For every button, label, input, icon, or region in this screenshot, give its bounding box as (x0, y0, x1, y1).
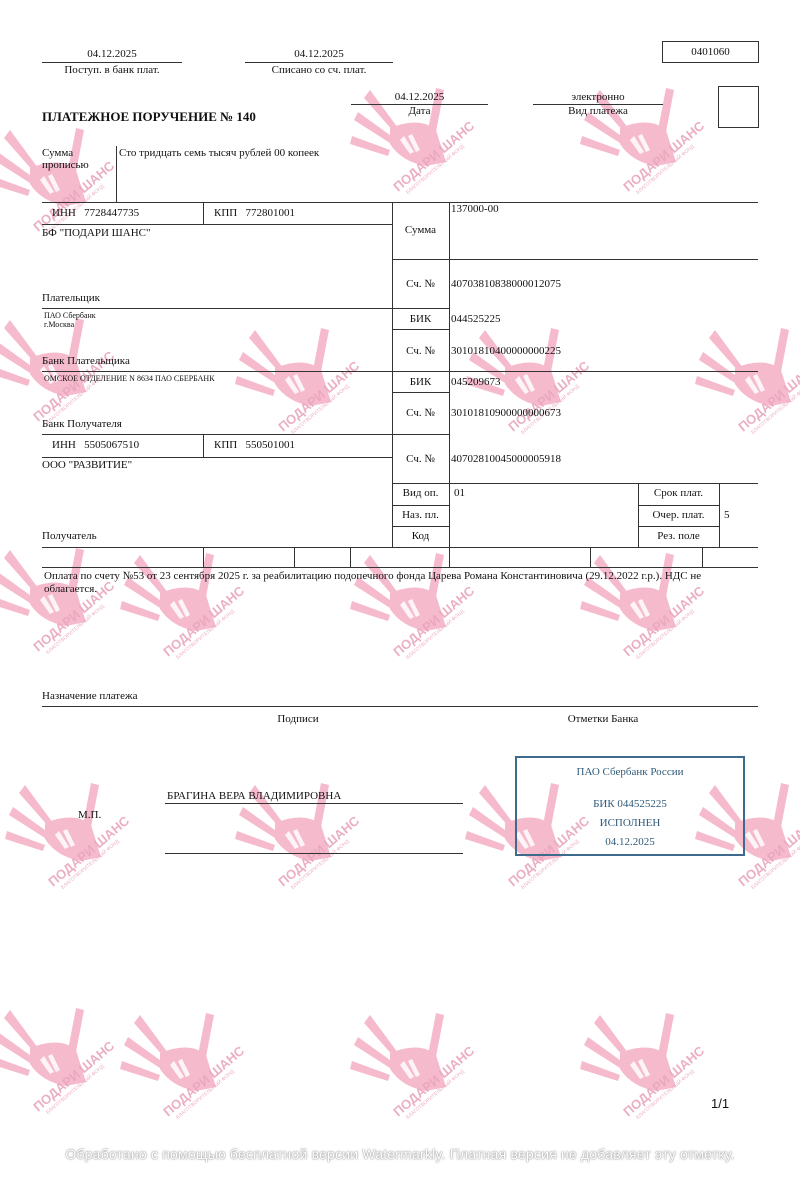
order-date-label: Дата (351, 105, 488, 117)
payer-bank-name-line2: г.Москва (44, 320, 96, 329)
watermark-notice: Обработано с помощью бесплатной версии W… (0, 1146, 800, 1162)
divider (638, 505, 719, 506)
stamp-bank: ПАО Сбербанк России (517, 766, 743, 778)
hands-icon: ПОДАРИ ШАНСБЛАГОТВОРИТЕЛЬНЫЙ ФОНД (580, 545, 710, 665)
payer-kpp-value: 772801001 (245, 207, 295, 219)
divider (42, 224, 392, 225)
amount-words-label-line2: прописью (42, 159, 89, 171)
divider (203, 434, 204, 457)
svg-text:БЛАГОТВОРИТЕЛЬНЫЙ ФОНД: БЛАГОТВОРИТЕЛЬНЫЙ ФОНД (634, 1067, 696, 1121)
hands-icon: ПОДАРИ ШАНСБЛАГОТВОРИТЕЛЬНЫЙ ФОНД (0, 1000, 120, 1120)
payer-bank-account-label: Сч. № (392, 345, 449, 357)
debited-date: 04.12.2025 (245, 48, 393, 60)
op-type-label: Вид оп. (392, 487, 449, 499)
amount-words-label-line1: Сумма (42, 147, 89, 159)
due-label: Срок плат. (638, 487, 719, 499)
divider (590, 547, 591, 567)
svg-text:ПОДАРИ ШАНС: ПОДАРИ ШАНС (160, 1043, 247, 1120)
svg-text:ПОДАРИ ШАНС: ПОДАРИ ШАНС (275, 813, 362, 890)
payee-account-label: Сч. № (392, 453, 449, 465)
divider (42, 434, 449, 435)
svg-text:БЛАГОТВОРИТЕЛЬНЫЙ ФОНД: БЛАГОТВОРИТЕЛЬНЫЙ ФОНД (404, 607, 466, 661)
bank-marks-label: Отметки Банка (543, 713, 663, 725)
payee-kpp-value: 550501001 (245, 439, 295, 451)
payee-bank-label: Банк Получателя (42, 418, 122, 430)
signature-line (165, 853, 463, 854)
svg-text:ПОДАРИ ШАНС: ПОДАРИ ШАНС (620, 118, 707, 195)
purpose-label: Назначение платежа (42, 690, 137, 702)
svg-text:БЛАГОТВОРИТЕЛЬНЫЙ ФОНД: БЛАГОТВОРИТЕЛЬНЫЙ ФОНД (404, 1067, 466, 1121)
svg-text:ПОДАРИ ШАНС: ПОДАРИ ШАНС (735, 358, 800, 435)
order-date: 04.12.2025 (351, 91, 488, 103)
payer-inn: ИНН 7728447735 (52, 207, 139, 219)
svg-text:БЛАГОТВОРИТЕЛЬНЫЙ ФОНД: БЛАГОТВОРИТЕЛЬНЫЙ ФОНД (174, 1067, 236, 1121)
divider (42, 308, 449, 309)
payee-bank-bik-label: БИК (392, 376, 449, 388)
amount-words-value: Сто тридцать семь тысяч рублей 00 копеек (119, 147, 319, 159)
svg-text:БЛАГОТВОРИТЕЛЬНЫЙ ФОНД: БЛАГОТВОРИТЕЛЬНЫЙ ФОНД (59, 837, 121, 891)
stamp-date: 04.12.2025 (517, 836, 743, 848)
payee-name: ООО "РАЗВИТИЕ" (42, 459, 132, 471)
divider (42, 457, 392, 458)
hands-icon: ПОДАРИ ШАНСБЛАГОТВОРИТЕЛЬНЫЙ ФОНД (695, 320, 800, 440)
svg-text:БЛАГОТВОРИТЕЛЬНЫЙ ФОНД: БЛАГОТВОРИТЕЛЬНЫЙ ФОНД (289, 837, 351, 891)
svg-text:ПОДАРИ ШАНС: ПОДАРИ ШАНС (505, 358, 592, 435)
page-indicator: 1/1 (711, 1096, 729, 1111)
payer-bank-bik: 044525225 (451, 313, 501, 325)
svg-text:ПОДАРИ ШАНС: ПОДАРИ ШАНС (45, 813, 132, 890)
payer-account-label: Сч. № (392, 278, 449, 290)
svg-text:БЛАГОТВОРИТЕЛЬНЫЙ ФОНД: БЛАГОТВОРИТЕЛЬНЫЙ ФОНД (634, 142, 696, 196)
payee-kpp-label: КПП (214, 439, 237, 451)
divider (638, 526, 719, 527)
priority-value: 5 (724, 509, 730, 521)
divider (392, 526, 449, 527)
signatures-label: Подписи (238, 713, 358, 725)
bank-stamp: ПАО Сбербанк России БИК 044525225 ИСПОЛН… (515, 756, 745, 856)
payee-kpp: КПП 550501001 (214, 439, 295, 451)
payer-kpp: КПП 772801001 (214, 207, 295, 219)
payer-bank-label: Банк Плательщика (42, 355, 130, 367)
hands-icon: ПОДАРИ ШАНСБЛАГОТВОРИТЕЛЬНЫЙ ФОНД (580, 1005, 710, 1125)
stamp-status: ИСПОЛНЕН (517, 817, 743, 829)
debited-label: Списано со сч. плат. (245, 64, 393, 76)
divider (42, 62, 182, 63)
stamp-bik: БИК 044525225 (517, 798, 743, 810)
divider (245, 62, 393, 63)
signer-name: БРАГИНА ВЕРА ВЛАДИМИРОВНА (167, 790, 341, 802)
divider (42, 706, 758, 707)
form-code-box: 0401060 (662, 41, 759, 63)
svg-text:БЛАГОТВОРИТЕЛЬНЫЙ ФОНД: БЛАГОТВОРИТЕЛЬНЫЙ ФОНД (44, 1062, 106, 1116)
svg-text:БЛАГОТВОРИТЕЛЬНЫЙ ФОНД: БЛАГОТВОРИТЕЛЬНЫЙ ФОНД (174, 607, 236, 661)
hands-icon: ПОДАРИ ШАНСБЛАГОТВОРИТЕЛЬНЫЙ ФОНД (235, 320, 365, 440)
payee-inn-value: 5505067510 (84, 439, 139, 451)
divider (702, 547, 703, 567)
divider (392, 392, 449, 393)
divider (392, 259, 758, 260)
divider (42, 567, 758, 568)
op-type-value: 01 (454, 487, 465, 499)
payment-type: электронно (533, 91, 663, 103)
divider (42, 371, 758, 372)
svg-text:ПОДАРИ ШАНС: ПОДАРИ ШАНС (30, 1038, 117, 1115)
divider (203, 202, 204, 224)
payee-inn: ИНН 5505067510 (52, 439, 139, 451)
divider (719, 483, 720, 547)
payer-inn-value: 7728447735 (84, 207, 139, 219)
payee-account: 40702810045000005918 (451, 453, 561, 465)
divider (449, 547, 450, 567)
payer-bank-account: 30101810400000000225 (451, 345, 561, 357)
svg-text:БЛАГОТВОРИТЕЛЬНЫЙ ФОНД: БЛАГОТВОРИТЕЛЬНЫЙ ФОНД (634, 607, 696, 661)
hands-icon: ПОДАРИ ШАНСБЛАГОТВОРИТЕЛЬНЫЙ ФОНД (120, 1005, 250, 1125)
svg-text:БЛАГОТВОРИТЕЛЬНЫЙ ФОНД: БЛАГОТВОРИТЕЛЬНЫЙ ФОНД (44, 602, 106, 656)
purpose-code-label: Наз. пл. (392, 509, 449, 521)
payee-bank-account: 30101810900000000673 (451, 407, 561, 419)
divider (392, 505, 449, 506)
hands-icon: ПОДАРИ ШАНСБЛАГОТВОРИТЕЛЬНЫЙ ФОНД (350, 1005, 480, 1125)
reserve-label: Рез. поле (638, 530, 719, 542)
payee-bank-name: ОМСКОЕ ОТДЕЛЕНИЕ N 8634 ПАО СБЕРБАНК (44, 374, 215, 383)
payee-bank-bik: 045209673 (451, 376, 501, 388)
payment-type-label: Вид платежа (533, 105, 663, 117)
payer-name: БФ "ПОДАРИ ШАНС" (42, 227, 151, 239)
payee-bank-account-label: Сч. № (392, 407, 449, 419)
svg-text:ПОДАРИ ШАНС: ПОДАРИ ШАНС (390, 118, 477, 195)
received-date: 04.12.2025 (42, 48, 182, 60)
svg-text:БЛАГОТВОРИТЕЛЬНЫЙ ФОНД: БЛАГОТВОРИТЕЛЬНЫЙ ФОНД (404, 142, 466, 196)
hands-icon: ПОДАРИ ШАНСБЛАГОТВОРИТЕЛЬНЫЙ ФОНД (120, 545, 250, 665)
divider (392, 329, 449, 330)
page-title: ПЛАТЕЖНОЕ ПОРУЧЕНИЕ № 140 (42, 109, 256, 125)
payer-label: Плательщик (42, 292, 100, 304)
divider (42, 547, 758, 548)
hands-icon: ПОДАРИ ШАНСБЛАГОТВОРИТЕЛЬНЫЙ ФОНД (0, 540, 120, 660)
status-box (718, 86, 759, 128)
svg-text:БЛАГОТВОРИТЕЛЬНЫЙ ФОНД: БЛАГОТВОРИТЕЛЬНЫЙ ФОНД (289, 382, 351, 436)
payee-inn-label: ИНН (52, 439, 76, 451)
divider (350, 547, 351, 567)
divider (392, 483, 758, 484)
divider (203, 547, 204, 567)
hands-icon: ПОДАРИ ШАНСБЛАГОТВОРИТЕЛЬНЫЙ ФОНД (0, 120, 120, 240)
divider (294, 547, 295, 567)
purpose-text: Оплата по счету №53 от 23 сентября 2025 … (44, 570, 744, 596)
received-label: Поступ. в банк плат. (42, 64, 182, 76)
payer-account: 40703810838000012075 (451, 278, 561, 290)
svg-text:ПОДАРИ ШАНС: ПОДАРИ ШАНС (620, 1043, 707, 1120)
hands-icon: ПОДАРИ ШАНСБЛАГОТВОРИТЕЛЬНЫЙ ФОНД (350, 545, 480, 665)
amount-words-label: Сумма прописью (42, 147, 89, 171)
svg-text:БЛАГОТВОРИТЕЛЬНЫЙ ФОНД: БЛАГОТВОРИТЕЛЬНЫЙ ФОНД (749, 837, 800, 891)
svg-text:ПОДАРИ ШАНС: ПОДАРИ ШАНС (390, 1043, 477, 1120)
payer-inn-label: ИНН (52, 207, 76, 219)
form-code: 0401060 (691, 46, 730, 58)
payer-bank-bik-label: БИК (392, 313, 449, 325)
payee-label: Получатель (42, 530, 97, 542)
payer-bank-name: ПАО Сбербанк г.Москва (44, 311, 96, 329)
divider (449, 202, 450, 547)
svg-text:БЛАГОТВОРИТЕЛЬНЫЙ ФОНД: БЛАГОТВОРИТЕЛЬНЫЙ ФОНД (749, 382, 800, 436)
payer-bank-name-line1: ПАО Сбербанк (44, 311, 96, 320)
divider (116, 146, 117, 202)
svg-text:ПОДАРИ ШАНС: ПОДАРИ ШАНС (275, 358, 362, 435)
stamp-place: М.П. (78, 809, 101, 821)
signature-line (165, 803, 463, 804)
amount-value: 137000-00 (451, 203, 499, 215)
amount-label: Сумма (392, 224, 449, 236)
divider (42, 202, 758, 203)
payer-kpp-label: КПП (214, 207, 237, 219)
priority-label: Очер. плат. (638, 509, 719, 521)
code-label: Код (392, 530, 449, 542)
hands-icon: ПОДАРИ ШАНСБЛАГОТВОРИТЕЛЬНЫЙ ФОНД (5, 775, 135, 895)
